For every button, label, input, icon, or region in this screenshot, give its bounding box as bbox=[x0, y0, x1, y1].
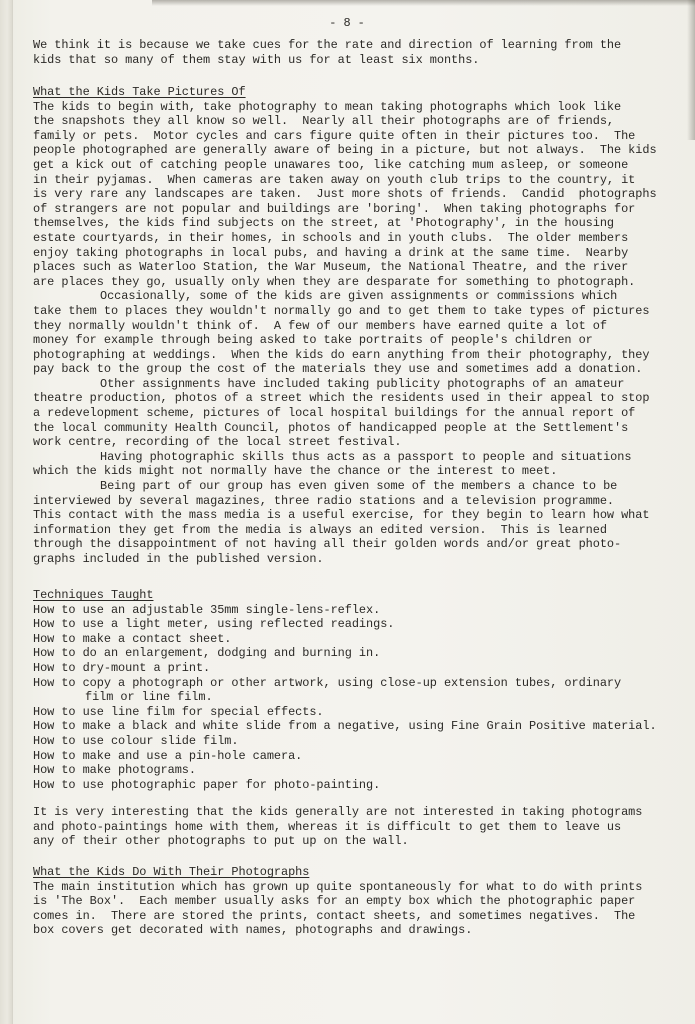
document-page: - 8 - We think it is because we take cue… bbox=[12, 0, 695, 1024]
technique-item: How to dry-mount a print. bbox=[33, 661, 657, 676]
section-body: The main institution which has grown up … bbox=[33, 880, 642, 938]
text-line: any of their other photographs to put up… bbox=[33, 834, 642, 849]
text-line: they normally wouldn't think of. A few o… bbox=[33, 319, 657, 334]
text-line: money for example through being asked to… bbox=[33, 333, 657, 348]
text-line: Occasionally, some of the kids are given… bbox=[33, 289, 657, 304]
section-body: It is very interesting that the kids gen… bbox=[33, 805, 642, 849]
text-line: enjoy taking photographs in local pubs, … bbox=[33, 246, 657, 261]
technique-item: How to make a black and white slide from… bbox=[33, 719, 657, 734]
text-line: which the kids might not normally have t… bbox=[33, 464, 657, 479]
technique-item: How to use photographic paper for photo-… bbox=[33, 778, 657, 793]
text-line: This contact with the mass media is a us… bbox=[33, 508, 657, 523]
text-line: The main institution which has grown up … bbox=[33, 880, 642, 895]
technique-item: How to make and use a pin-hole camera. bbox=[33, 749, 657, 764]
text-line: work centre, recording of the local stre… bbox=[33, 435, 657, 450]
page-binding-edge bbox=[0, 0, 12, 1024]
technique-item: How to use line film for special effects… bbox=[33, 705, 657, 720]
text-line: places such as Waterloo Station, the War… bbox=[33, 260, 657, 275]
technique-item: film or line film. bbox=[33, 690, 657, 705]
technique-item: How to make photograms. bbox=[33, 763, 657, 778]
text-line: in their pyjamas. When cameras are taken… bbox=[33, 173, 657, 188]
text-line: Having photographic skills thus acts as … bbox=[33, 450, 657, 465]
technique-item: How to use colour slide film. bbox=[33, 734, 657, 749]
technique-item: How to make a contact sheet. bbox=[33, 632, 657, 647]
text-line: is 'The Box'. Each member usually asks f… bbox=[33, 894, 642, 909]
text-line: The kids to begin with, take photography… bbox=[33, 100, 657, 115]
text-line: Other assignments have included taking p… bbox=[33, 377, 657, 392]
text-line: pay back to the group the cost of the ma… bbox=[33, 362, 657, 377]
text-line: information they get from the media is a… bbox=[33, 523, 657, 538]
text-line: family or pets. Motor cycles and cars fi… bbox=[33, 129, 657, 144]
text-line: through the disappointment of not having… bbox=[33, 537, 657, 552]
text-line: a redevelopment scheme, pictures of loca… bbox=[33, 406, 657, 421]
text-line: people photographed are generally aware … bbox=[33, 143, 657, 158]
text-line: and photo-paintings home with them, wher… bbox=[33, 820, 642, 835]
scan-shadow-right bbox=[687, 0, 695, 140]
text-line: box covers get decorated with names, pho… bbox=[33, 923, 642, 938]
text-line: estate courtyards, in their homes, in sc… bbox=[33, 231, 657, 246]
text-line: graphs included in the published version… bbox=[33, 552, 657, 567]
text-line: interviewed by several magazines, three … bbox=[33, 494, 657, 509]
intro-paragraph: We think it is because we take cues for … bbox=[33, 38, 621, 67]
text-line: are places they go, usually only when th… bbox=[33, 275, 657, 290]
techniques-note: It is very interesting that the kids gen… bbox=[33, 805, 642, 849]
text-line: photographing at weddings. When the kids… bbox=[33, 348, 657, 363]
text-line: Being part of our group has even given s… bbox=[33, 479, 657, 494]
section-heading: What the Kids Take Pictures Of bbox=[33, 85, 246, 100]
text-line: the local community Health Council, phot… bbox=[33, 421, 657, 436]
text-line: of strangers are not popular and buildin… bbox=[33, 202, 657, 217]
text-line: It is very interesting that the kids gen… bbox=[33, 805, 642, 820]
section-heading: Techniques Taught bbox=[33, 588, 153, 603]
text-line: comes in. There are stored the prints, c… bbox=[33, 909, 642, 924]
section-take-pictures: What the Kids Take Pictures Of The kids … bbox=[33, 85, 657, 567]
text-line: kids that so many of them stay with us f… bbox=[33, 53, 621, 68]
section-techniques: Techniques Taught How to use an adjustab… bbox=[33, 588, 657, 792]
technique-list: How to use an adjustable 35mm single-len… bbox=[33, 603, 657, 793]
text-line: theatre production, photos of a street w… bbox=[33, 391, 657, 406]
technique-item: How to copy a photograph or other artwor… bbox=[33, 676, 657, 691]
text-line: We think it is because we take cues for … bbox=[33, 38, 621, 53]
section-do-with-photos: What the Kids Do With Their Photographs … bbox=[33, 865, 642, 938]
text-line: the snapshots they all know so well. Nea… bbox=[33, 114, 657, 129]
technique-item: How to use a light meter, using reflecte… bbox=[33, 617, 657, 632]
technique-item: How to do an enlargement, dodging and bu… bbox=[33, 646, 657, 661]
page-number: - 8 - bbox=[33, 16, 661, 31]
text-line: take them to places they wouldn't normal… bbox=[33, 304, 657, 319]
section-heading: What the Kids Do With Their Photographs bbox=[33, 865, 309, 880]
scan-shadow-top bbox=[152, 0, 695, 6]
technique-item: How to use an adjustable 35mm single-len… bbox=[33, 603, 657, 618]
text-line: themselves, the kids find subjects on th… bbox=[33, 216, 657, 231]
text-line: is very rare any landscapes are taken. J… bbox=[33, 187, 657, 202]
section-body: The kids to begin with, take photography… bbox=[33, 100, 657, 567]
text-line: get a kick out of catching people unawar… bbox=[33, 158, 657, 173]
